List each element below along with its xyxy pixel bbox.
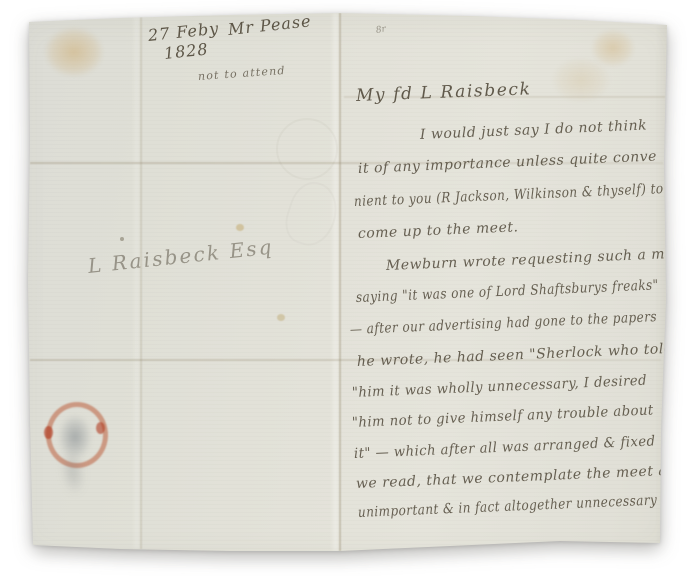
wax-seal-blob xyxy=(44,426,53,439)
paper-shadow-wrap: 27 Feby Mr Pease 1828 not to attend L Ra… xyxy=(0,0,693,576)
ink-speck-icon xyxy=(120,237,124,241)
fold-line-center xyxy=(338,13,341,551)
watermark-swirl xyxy=(276,118,338,180)
foxing-speck-icon xyxy=(236,224,244,231)
fold-line-center-highlight xyxy=(333,13,338,551)
fold-line-left xyxy=(139,16,142,549)
paper-sheet: 27 Feby Mr Pease 1828 not to attend L Ra… xyxy=(0,0,693,576)
wax-seal-blob xyxy=(96,422,105,434)
watermark-swirl xyxy=(279,176,344,252)
foxing-stain-right-panel-icon xyxy=(545,52,617,108)
foxing-speck-icon xyxy=(277,314,285,321)
fold-line-left-core xyxy=(140,16,142,549)
fold-line-left-highlight xyxy=(134,16,139,549)
fold-line-center-core xyxy=(339,13,341,551)
foxing-stain-top-left-icon xyxy=(36,20,112,84)
letter-photo: 27 Feby Mr Pease 1828 not to attend L Ra… xyxy=(0,0,693,576)
watermark-icon xyxy=(268,112,344,262)
postal-corner-mark: 8r xyxy=(375,24,387,36)
wax-seal-icon xyxy=(44,400,114,496)
